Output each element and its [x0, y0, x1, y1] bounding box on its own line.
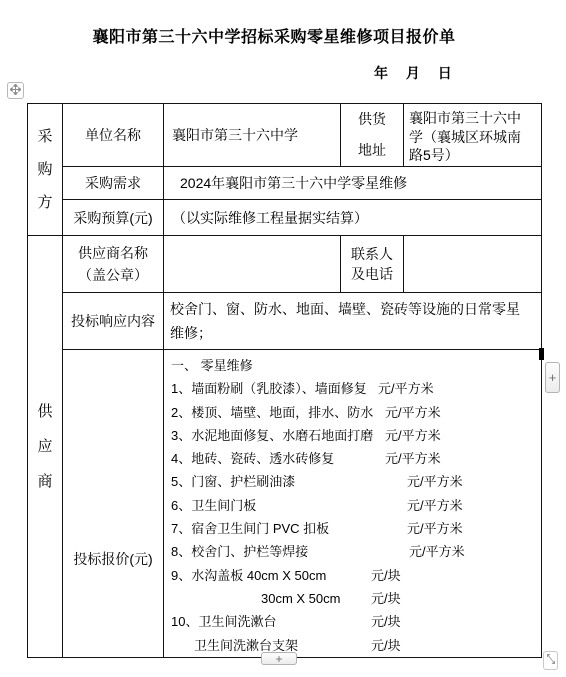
quote-item-text: 8、校舍门、护栏等焊接: [171, 544, 308, 559]
quote-label-cell: 投标报价(元): [63, 350, 164, 658]
budget-label-cell: 采购预算(元): [63, 200, 164, 236]
quote-item-row: 10、卫生间洗漱台元/块: [171, 610, 541, 633]
insert-row-button[interactable]: +: [261, 652, 297, 665]
quote-item-price-unit: 元/块: [371, 610, 401, 633]
page-title: 襄阳市第三十六中学招标采购零星维修项目报价单: [0, 24, 548, 47]
quote-item-text: 7、宿舍卫生间门 PVC 扣板: [171, 521, 329, 536]
contact-label-cell: 联系人 及电话: [341, 236, 404, 293]
purchaser-section-label: 采购方: [37, 120, 53, 219]
quote-item-row: 7、宿舍卫生间门 PVC 扣板元/平方米: [171, 517, 541, 540]
quote-item-text: 6、卫生间门板: [171, 498, 256, 513]
budget-value-cell: （以实际维修工程量据实结算）: [164, 200, 542, 236]
quote-item-price-unit: 元/平方米: [385, 447, 441, 470]
quote-item-price-unit: 元/平方米: [409, 540, 465, 563]
quote-item-text: 一、 零星维修: [171, 358, 253, 373]
quote-item-price-unit: 元/块: [371, 634, 401, 657]
supply-address-label-cell: 供货 地址: [341, 104, 404, 167]
table-move-handle[interactable]: [7, 82, 24, 99]
response-label-cell: 投标响应内容: [63, 293, 164, 350]
plus-icon: +: [549, 371, 557, 384]
supplier-section-cell: 供应商: [28, 236, 63, 658]
quote-item-text: 4、地砖、瓷砖、透水砖修复: [171, 451, 334, 466]
quote-item-price-unit: 元/平方米: [407, 517, 463, 540]
quote-item-price-unit: 元/块: [371, 564, 401, 587]
quote-item-row: 卫生间洗漱台支架元/块: [171, 634, 541, 657]
insert-column-button[interactable]: +: [545, 362, 560, 393]
demand-label-cell: 采购需求: [63, 167, 164, 200]
quote-item-price-unit: 元/平方米: [385, 401, 441, 424]
quote-item-row: 30cm X 50cm元/块: [171, 587, 541, 610]
quote-item-text: 1、墙面粉刷（乳胶漆）、墙面修复: [171, 381, 367, 396]
quote-item-text: 卫生间洗漱台支架: [194, 638, 298, 653]
supplier-name-input-cell[interactable]: [164, 236, 341, 293]
quote-item-row: 6、卫生间门板元/平方米: [171, 494, 541, 517]
text-cursor: [539, 348, 544, 360]
quote-item-row: 一、 零星维修: [171, 354, 541, 377]
quote-item-price-unit: 元/块: [371, 587, 401, 610]
quote-item-text: 5、门窗、护栏刷油漆: [171, 474, 295, 489]
quote-item-row: 3、水泥地面修复、水磨石地面打磨元/平方米: [171, 424, 541, 447]
supply-address-value-cell: 襄阳市第三十六中 学（襄城区环城南 路5号）: [404, 104, 542, 167]
resize-diagonal-icon: [546, 652, 556, 670]
quote-item-text: 3、水泥地面修复、水磨石地面打磨: [171, 428, 373, 443]
quote-item-price-unit: 元/平方米: [407, 470, 463, 493]
quote-item-price-unit: 元/平方米: [385, 424, 441, 447]
table-resize-handle[interactable]: [543, 651, 558, 670]
quote-item-text: 30cm X 50cm: [261, 591, 340, 606]
supplier-section-label: 供应商: [37, 394, 53, 499]
quote-item-text: 10、卫生间洗漱台: [171, 614, 276, 629]
quote-list-cell: 一、 零星维修1、墙面粉刷（乳胶漆）、墙面修复元/平方米2、楼顶、墙壁、地面，排…: [164, 350, 542, 658]
quotation-table: 采购方 单位名称 襄阳市第三十六中学 供货 地址 襄阳市第三十六中 学（襄城区环…: [27, 103, 542, 658]
quote-item-text: 9、水沟盖板 40cm X 50cm: [171, 568, 326, 583]
move-icon: [10, 82, 21, 100]
quote-item-row: 2、楼顶、墙壁、地面，排水、防水元/平方米: [171, 401, 541, 424]
quote-item-row: 1、墙面粉刷（乳胶漆）、墙面修复元/平方米: [171, 377, 541, 400]
demand-value-cell: 2024年襄阳市第三十六中学零星维修: [164, 167, 542, 200]
quote-item-row: 9、水沟盖板 40cm X 50cm元/块: [171, 564, 541, 587]
quote-item-row: 8、校舍门、护栏等焊接元/平方米: [171, 540, 541, 563]
purchaser-section-cell: 采购方: [28, 104, 63, 236]
quote-item-row: 4、地砖、瓷砖、透水砖修复元/平方米: [171, 447, 541, 470]
response-value-cell: 校舍门、窗、防水、地面、墙壁、瓷砖等设施的日常零星 维修；: [164, 293, 542, 350]
supplier-name-label-cell: 供应商名称 （盖公章）: [63, 236, 164, 293]
quote-item-list: 一、 零星维修1、墙面粉刷（乳胶漆）、墙面修复元/平方米2、楼顶、墙壁、地面，排…: [171, 354, 541, 657]
quote-item-row: 5、门窗、护栏刷油漆元/平方米: [171, 470, 541, 493]
quote-item-price-unit: 元/平方米: [407, 494, 463, 517]
date-line: 年 月 日: [374, 63, 452, 83]
unit-name-label-cell: 单位名称: [63, 104, 164, 167]
plus-icon: +: [275, 653, 282, 665]
quote-item-price-unit: 元/平方米: [378, 377, 434, 400]
contact-input-cell[interactable]: [404, 236, 542, 293]
unit-name-value-cell: 襄阳市第三十六中学: [164, 104, 341, 167]
document-page: 襄阳市第三十六中学招标采购零星维修项目报价单 年 月 日 采: [0, 0, 566, 677]
quote-item-text: 2、楼顶、墙壁、地面，排水、防水: [171, 405, 373, 420]
